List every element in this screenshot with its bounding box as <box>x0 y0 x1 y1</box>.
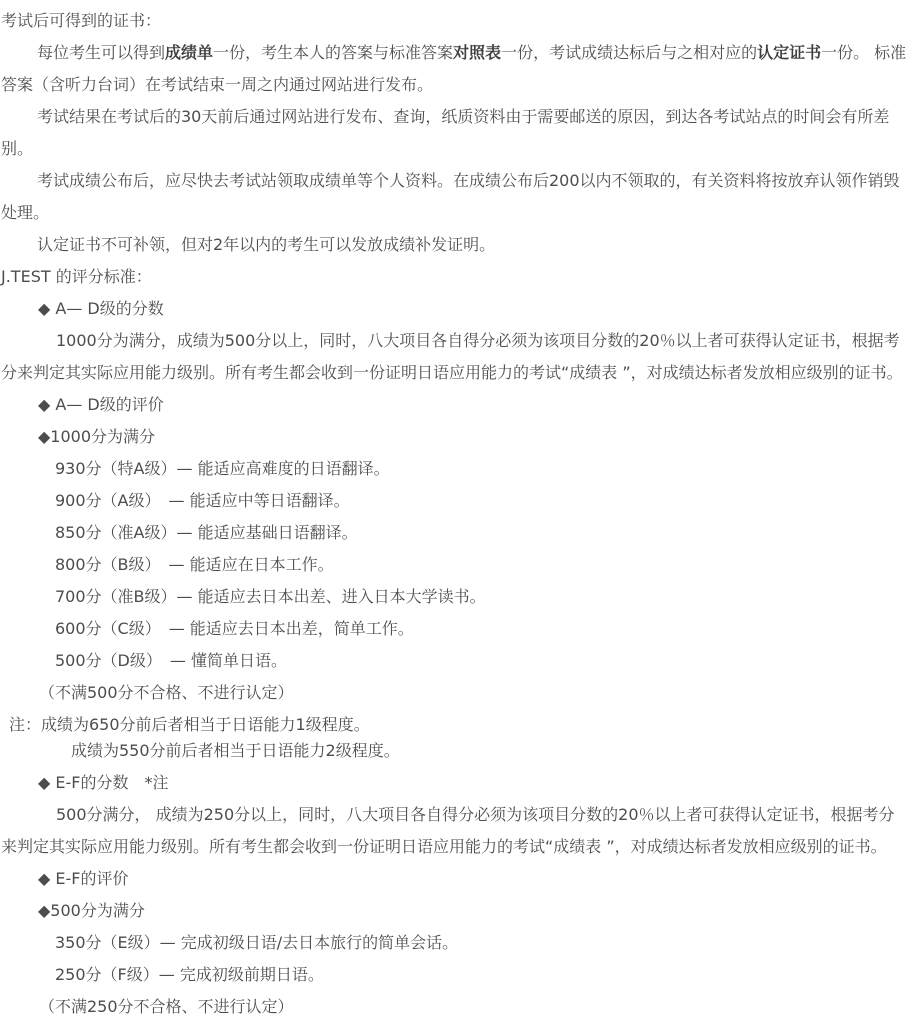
text-segment: 考试后可得到的证书： <box>1 11 161 30</box>
text-segment: 一份，考生本人的答案与标准答案 <box>213 43 453 62</box>
paragraph: 每位考生可以得到成绩单一份，考生本人的答案与标准答案对照表一份，考试成绩达标后与… <box>1 37 910 101</box>
document-body: 考试后可得到的证书：每位考生可以得到成绩单一份，考生本人的答案与标准答案对照表一… <box>1 5 910 1019</box>
text-segment: 认定证书不可补领，但对2年以内的考生可以发放成绩补发证明。 <box>37 235 495 254</box>
text-segment: ◆1000分为满分 <box>38 427 155 446</box>
paragraph: 850分（准A级）— 能适应基础日语翻译。 <box>1 517 910 549</box>
paragraph: ◆ E-F的评价 <box>1 863 910 895</box>
paragraph: 考试成绩公布后，应尽快去考试站领取成绩单等个人资料。在成绩公布后200以内不领取… <box>1 165 910 229</box>
text-segment: 注：成绩为650分前后者相当于日语能力1级程度。 <box>9 715 370 734</box>
paragraph: （不满500分不合格、不进行认定） <box>1 677 910 709</box>
paragraph: 250分（F级）— 完成初级前期日语。 <box>1 959 910 991</box>
paragraph: 900分（A级） — 能适应中等日语翻译。 <box>1 485 910 517</box>
paragraph: 成绩为550分前后者相当于日语能力2级程度。 <box>1 738 910 764</box>
text-segment: 1000分为满分，成绩为500分以上，同时，八大项目各自得分必须为该项目分数的2… <box>1 331 903 382</box>
paragraph: 600分（C级） — 能适应去日本出差，简单工作。 <box>1 613 910 645</box>
paragraph: 1000分为满分，成绩为500分以上，同时，八大项目各自得分必须为该项目分数的2… <box>1 325 910 389</box>
paragraph: 500分（D级） — 懂简单日语。 <box>1 645 910 677</box>
text-segment: ◆ E-F的分数 *注 <box>38 773 168 792</box>
text-segment: ◆500分为满分 <box>38 901 145 920</box>
paragraph: （不满250分不合格、不进行认定） <box>1 991 910 1019</box>
paragraph: 930分（特A级）— 能适应高难度的日语翻译。 <box>1 453 910 485</box>
paragraph: 350分（E级）— 完成初级日语/去日本旅行的简单会话。 <box>1 927 910 959</box>
paragraph: ◆ A— D级的评价 <box>1 389 910 421</box>
text-segment: 800分（B级） — 能适应在日本工作。 <box>55 555 334 574</box>
text-segment: 成绩为550分前后者相当于日语能力2级程度。 <box>71 741 400 760</box>
text-segment: 250分（F级）— 完成初级前期日语。 <box>55 965 324 984</box>
paragraph: 考试结果在考试后的30天前后通过网站进行发布、查询，纸质资料由于需要邮送的原因，… <box>1 101 910 165</box>
paragraph: ◆ E-F的分数 *注 <box>1 767 910 799</box>
text-segment: 930分（特A级）— 能适应高难度的日语翻译。 <box>55 459 390 478</box>
paragraph: 700分（准B级）— 能适应去日本出差、进入日本大学读书。 <box>1 581 910 613</box>
text-segment: 500分（D级） — 懂简单日语。 <box>55 651 287 670</box>
paragraph: ◆1000分为满分 <box>1 421 910 453</box>
paragraph: 认定证书不可补领，但对2年以内的考生可以发放成绩补发证明。 <box>1 229 910 261</box>
bold-text-segment: 对照表 <box>453 43 501 62</box>
text-segment: ◆ E-F的评价 <box>38 869 128 888</box>
paragraph: ◆500分为满分 <box>1 895 910 927</box>
text-segment: 500分满分， 成绩为250分以上，同时，八大项目各自得分必须为该项目分数的20… <box>1 805 895 856</box>
text-segment: J.TEST 的评分标准： <box>1 267 152 286</box>
text-segment: ◆ A— D级的评价 <box>38 395 164 414</box>
text-segment: （不满500分不合格、不进行认定） <box>39 683 294 702</box>
paragraph: J.TEST 的评分标准： <box>1 261 910 293</box>
text-segment: 考试成绩公布后，应尽快去考试站领取成绩单等个人资料。在成绩公布后200以内不领取… <box>1 171 900 222</box>
text-segment: ◆ A— D级的分数 <box>38 299 164 318</box>
text-segment: 900分（A级） — 能适应中等日语翻译。 <box>55 491 350 510</box>
text-segment: 考试结果在考试后的30天前后通过网站进行发布、查询，纸质资料由于需要邮送的原因，… <box>1 107 889 158</box>
text-segment: 600分（C级） — 能适应去日本出差，简单工作。 <box>55 619 414 638</box>
bold-text-segment: 成绩单 <box>165 43 213 62</box>
text-segment: 850分（准A级）— 能适应基础日语翻译。 <box>55 523 358 542</box>
paragraph: 考试后可得到的证书： <box>1 5 910 37</box>
page: { "page": { "background": "#ffffff", "te… <box>0 0 912 1019</box>
text-segment: （不满250分不合格、不进行认定） <box>39 997 294 1016</box>
text-segment: 700分（准B级）— 能适应去日本出差、进入日本大学读书。 <box>55 587 486 606</box>
paragraph: 500分满分， 成绩为250分以上，同时，八大项目各自得分必须为该项目分数的20… <box>1 799 910 863</box>
paragraph: ◆ A— D级的分数 <box>1 293 910 325</box>
bold-text-segment: 认定证书 <box>757 43 821 62</box>
text-segment: 一份，考试成绩达标后与之相对应的 <box>501 43 757 62</box>
text-segment: 350分（E级）— 完成初级日语/去日本旅行的简单会话。 <box>55 933 458 952</box>
paragraph: 800分（B级） — 能适应在日本工作。 <box>1 549 910 581</box>
paragraph: 注：成绩为650分前后者相当于日语能力1级程度。 <box>1 712 910 738</box>
text-segment: 每位考生可以得到 <box>37 43 165 62</box>
